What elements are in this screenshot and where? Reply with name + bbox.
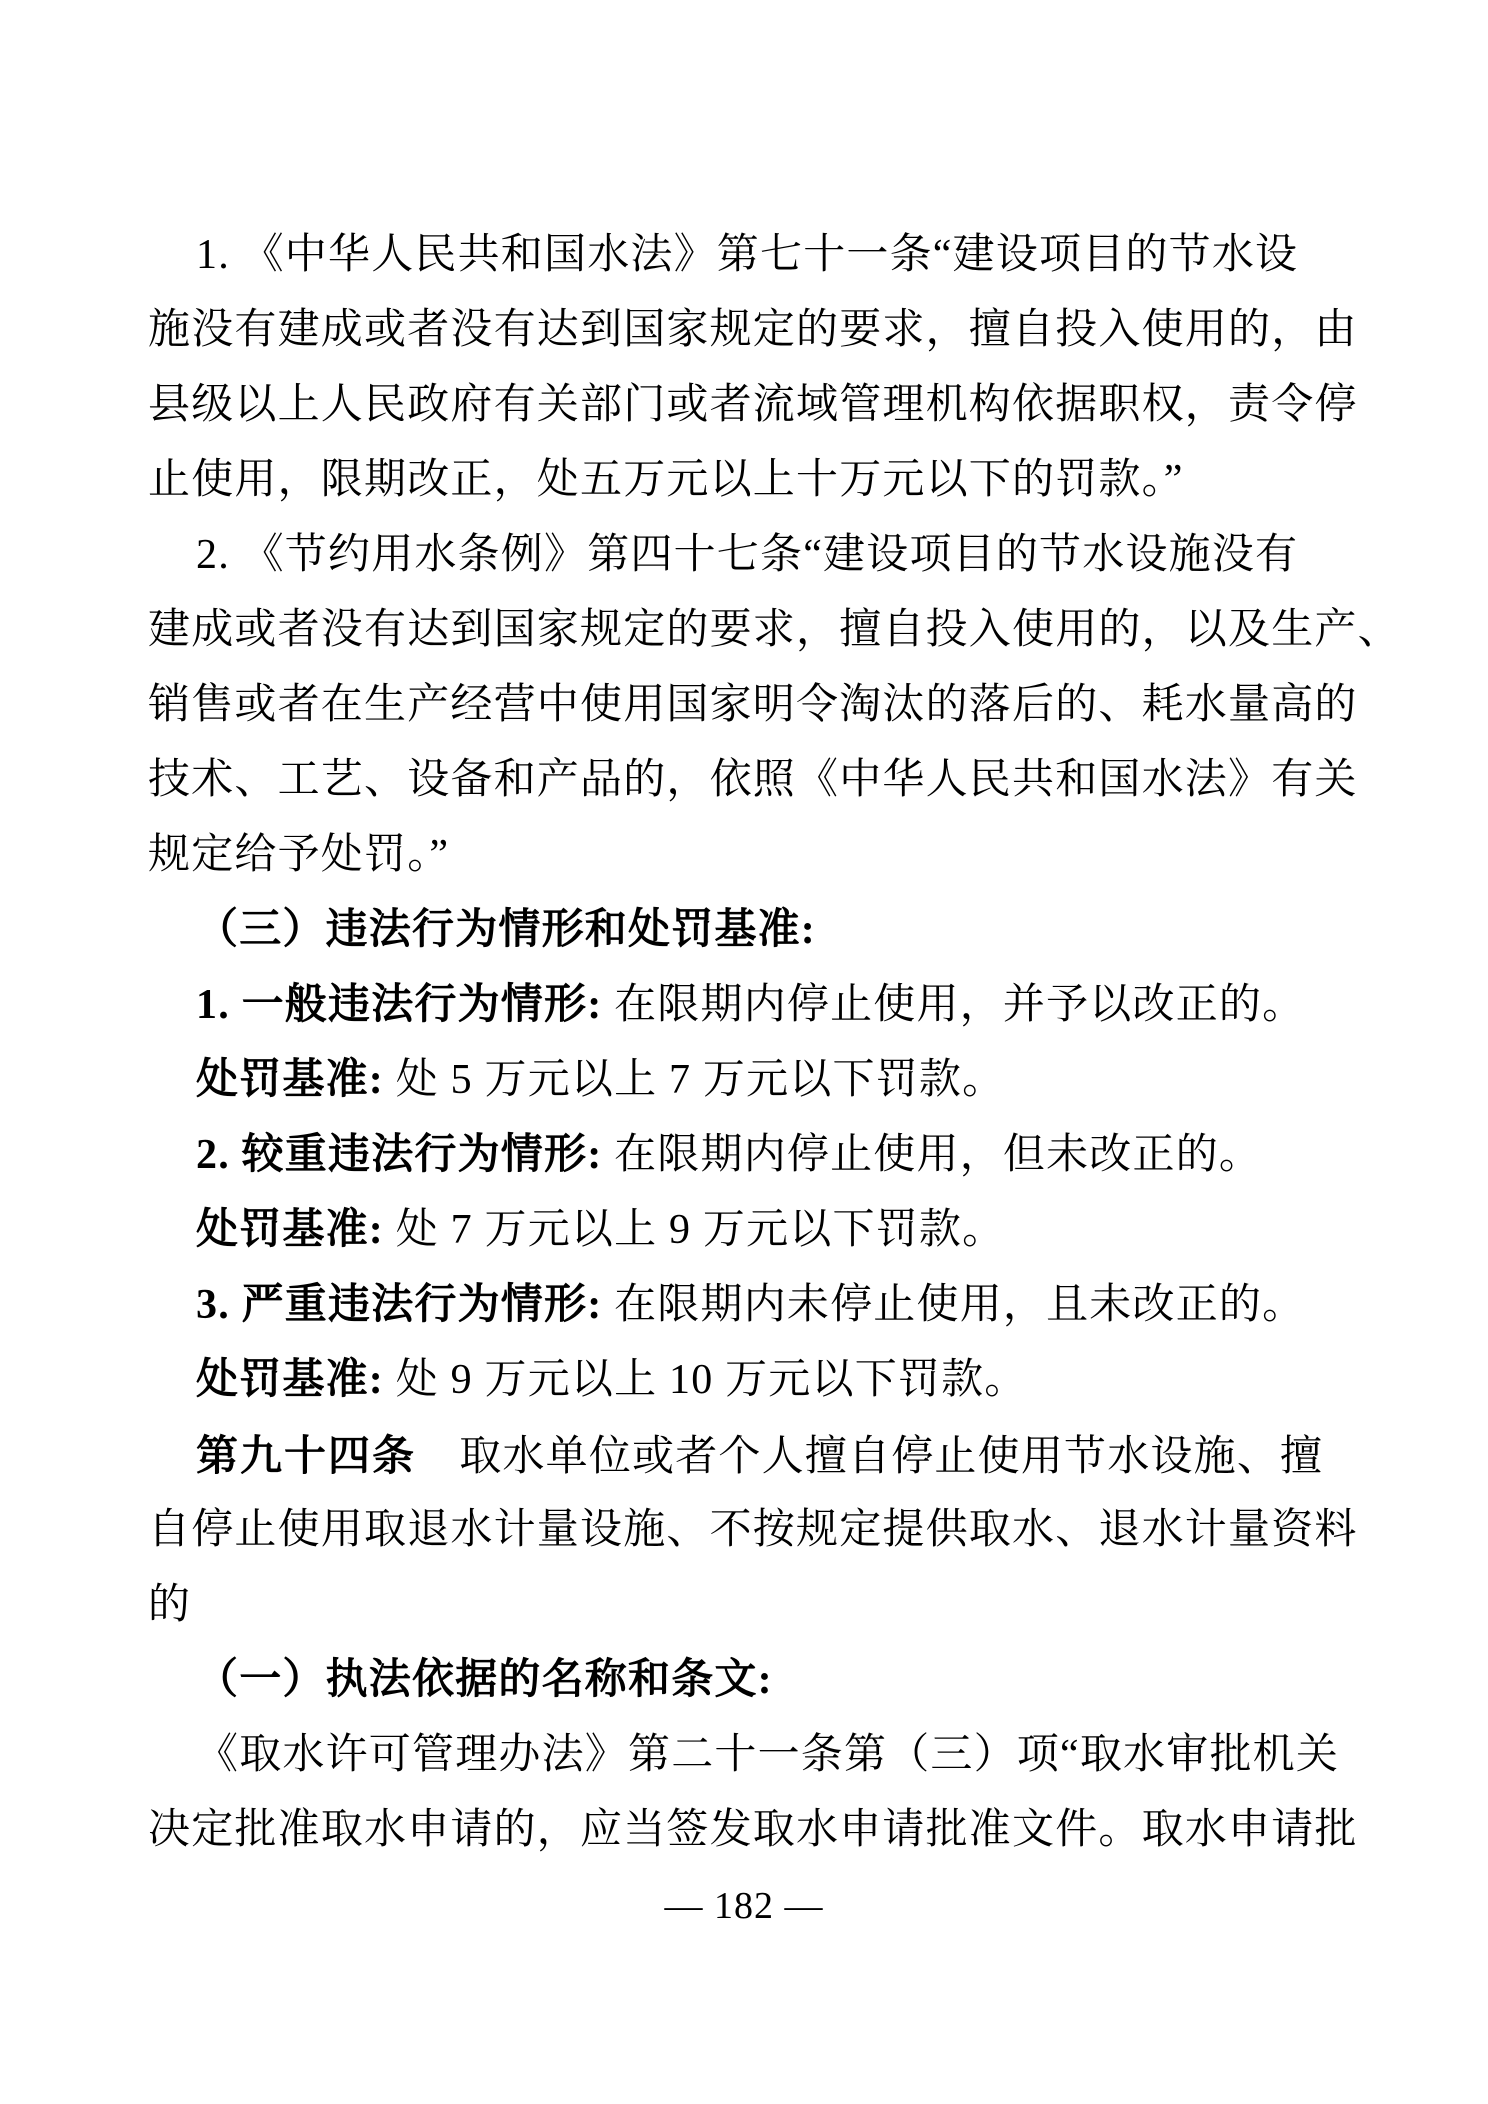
penalty-basis-label: 处罚基准: (196, 1207, 384, 1253)
text-line: 2. 《节约用水条例》第四十七条“建设项目的节水设施没有 (148, 518, 1372, 593)
text-line: 县级以上人民政府有关部门或者流域管理机构依据职权，责令停 (148, 368, 1372, 443)
text-line: 施没有建成或者没有达到国家规定的要求，擅自投入使用的，由 (148, 293, 1372, 368)
violation-item-2-line: 2. 较重违法行为情形: 在限期内停止使用，但未改正的。 (148, 1118, 1372, 1193)
citation-water-law: 1. 《中华人民共和国水法》第七十一条“建设项目的节水设 (196, 232, 1298, 278)
penalty-basis-1-line: 处罚基准: 处 5 万元以上 7 万元以下罚款。 (148, 1043, 1372, 1118)
section-1-heading: （一）执法依据的名称和条文: (196, 1657, 773, 1703)
text-line: 自停止使用取退水计量设施、不按规定提供取水、退水计量资料 (148, 1493, 1372, 1568)
section-1-heading-line: （一）执法依据的名称和条文: (148, 1643, 1372, 1718)
document-body: 1. 《中华人民共和国水法》第七十一条“建设项目的节水设 施没有建成或者没有达到… (148, 218, 1372, 1868)
violation-item-1-line: 1. 一般违法行为情形: 在限期内停止使用，并予以改正的。 (148, 968, 1372, 1043)
section-3-heading-line: （三）违法行为情形和处罚基准: (148, 893, 1372, 968)
penalty-basis-3-line: 处罚基准: 处 9 万元以上 10 万元以下罚款。 (148, 1343, 1372, 1418)
penalty-basis-label: 处罚基准: (196, 1357, 384, 1403)
article-94-heading: 第九十四条 (196, 1432, 416, 1479)
violation-item-1-label: 1. 一般违法行为情形: (196, 982, 602, 1028)
text-line: 建成或者没有达到国家规定的要求，擅自投入使用的，以及生产、 (148, 593, 1372, 668)
text-line: 1. 《中华人民共和国水法》第七十一条“建设项目的节水设 (148, 218, 1372, 293)
page-number: — 182 — (665, 1885, 824, 1927)
text-line: 的 (148, 1568, 1372, 1643)
violation-item-3-line: 3. 严重违法行为情形: 在限期内未停止使用，且未改正的。 (148, 1268, 1372, 1343)
article-94-line: 第九十四条 取水单位或者个人擅自停止使用节水设施、擅 (148, 1418, 1372, 1493)
penalty-basis-label: 处罚基准: (196, 1057, 384, 1103)
text-line: 决定批准取水申请的，应当签发取水申请批准文件。取水申请批 (148, 1793, 1372, 1868)
citation-water-permit-rules: 《取水许可管理办法》第二十一条第（三）项“取水审批机关 (196, 1732, 1339, 1778)
page-footer: — 182 — (0, 1880, 1488, 1932)
text-line: 技术、工艺、设备和产品的，依照《中华人民共和国水法》有关 (148, 743, 1372, 818)
section-3-heading: （三）违法行为情形和处罚基准: (196, 907, 816, 953)
violation-item-3-label: 3. 严重违法行为情形: (196, 1282, 602, 1328)
violation-item-2-label: 2. 较重违法行为情形: (196, 1132, 602, 1178)
text-line: 《取水许可管理办法》第二十一条第（三）项“取水审批机关 (148, 1718, 1372, 1793)
citation-water-saving-regulation: 2. 《节约用水条例》第四十七条“建设项目的节水设施没有 (196, 532, 1298, 578)
text-line: 止使用，限期改正，处五万元以上十万元以下的罚款。” (148, 443, 1372, 518)
document-page: 1. 《中华人民共和国水法》第七十一条“建设项目的节水设 施没有建成或者没有达到… (0, 0, 1488, 2104)
text-line: 规定给予处罚。” (148, 818, 1372, 893)
penalty-basis-2-line: 处罚基准: 处 7 万元以上 9 万元以下罚款。 (148, 1193, 1372, 1268)
text-line: 销售或者在生产经营中使用国家明令淘汰的落后的、耗水量高的 (148, 668, 1372, 743)
